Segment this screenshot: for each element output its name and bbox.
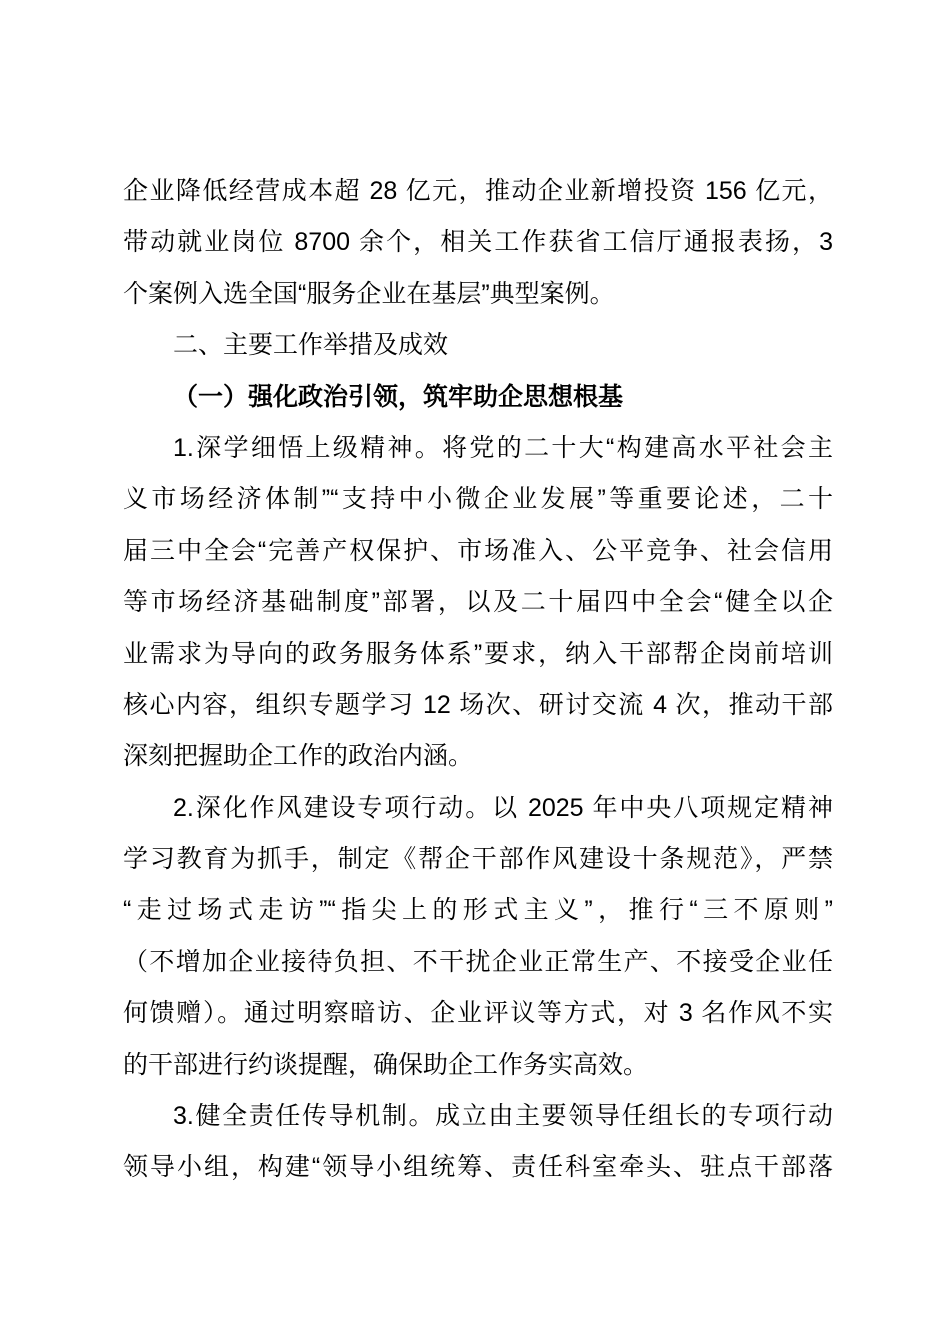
text-line: 企业降低经营成本超 28 亿元，推动企业新增投资 156 亿元， xyxy=(123,166,833,217)
text-line: 个案例入选全国“服务企业在基层”典型案例。 xyxy=(123,269,833,320)
text-line: （一）强化政治引领，筑牢助企思想根基 xyxy=(123,372,833,423)
document-content: 企业降低经营成本超 28 亿元，推动企业新增投资 156 亿元，带动就业岗位 8… xyxy=(123,166,833,1194)
text-line: 领导小组，构建“领导小组统筹、责任科室牵头、驻点干部落 xyxy=(123,1142,833,1193)
text-line: 届三中全会“完善产权保护、市场准入、公平竞争、社会信用 xyxy=(123,526,833,577)
text-line: 学习教育为抓手，制定《帮企干部作风建设十条规范》，严禁 xyxy=(123,834,833,885)
heading-section-two: 二、主要工作举措及成效 xyxy=(123,320,833,371)
text-line: 的干部进行约谈提醒，确保助企工作务实高效。 xyxy=(123,1040,833,1091)
para-2-work-style-action: 2.深化作风建设专项行动。以 2025 年中央八项规定精神学习教育为抓手，制定《… xyxy=(123,783,833,1091)
para-3-responsibility-mechanism: 3.健全责任传导机制。成立由主要领导任组长的专项行动领导小组，构建“领导小组统筹… xyxy=(123,1091,833,1194)
text-line: 3.健全责任传导机制。成立由主要领导任组长的专项行动 xyxy=(123,1091,833,1142)
para-achievements-continued: 企业降低经营成本超 28 亿元，推动企业新增投资 156 亿元，带动就业岗位 8… xyxy=(123,166,833,320)
para-1-study-spirit: 1.深学细悟上级精神。将党的二十大“构建高水平社会主义市场经济体制”“支持中小微… xyxy=(123,423,833,783)
text-line: （不增加企业接待负担、不干扰企业正常生产、不接受企业任 xyxy=(123,937,833,988)
text-line: 带动就业岗位 8700 余个，相关工作获省工信厅通报表扬，3 xyxy=(123,217,833,268)
text-line: 2.深化作风建设专项行动。以 2025 年中央八项规定精神 xyxy=(123,783,833,834)
text-line: “走过场式走访”“指尖上的形式主义”，推行“三不原则” xyxy=(123,885,833,936)
text-line: 二、主要工作举措及成效 xyxy=(123,320,833,371)
text-line: 义市场经济体制”“支持中小微企业发展”等重要论述，二十 xyxy=(123,474,833,525)
text-line: 何馈赠）。通过明察暗访、企业评议等方式，对 3 名作风不实 xyxy=(123,988,833,1039)
document-page: 企业降低经营成本超 28 亿元，推动企业新增投资 156 亿元，带动就业岗位 8… xyxy=(0,0,950,1344)
text-line: 业需求为导向的政务服务体系”要求，纳入干部帮企岗前培训 xyxy=(123,629,833,680)
text-line: 1.深学细悟上级精神。将党的二十大“构建高水平社会主 xyxy=(123,423,833,474)
text-line: 等市场经济基础制度”部署，以及二十届四中全会“健全以企 xyxy=(123,577,833,628)
text-line: 核心内容，组织专题学习 12 场次、研讨交流 4 次，推动干部 xyxy=(123,680,833,731)
heading-subsection-one: （一）强化政治引领，筑牢助企思想根基 xyxy=(123,372,833,423)
text-line: 深刻把握助企工作的政治内涵。 xyxy=(123,731,833,782)
